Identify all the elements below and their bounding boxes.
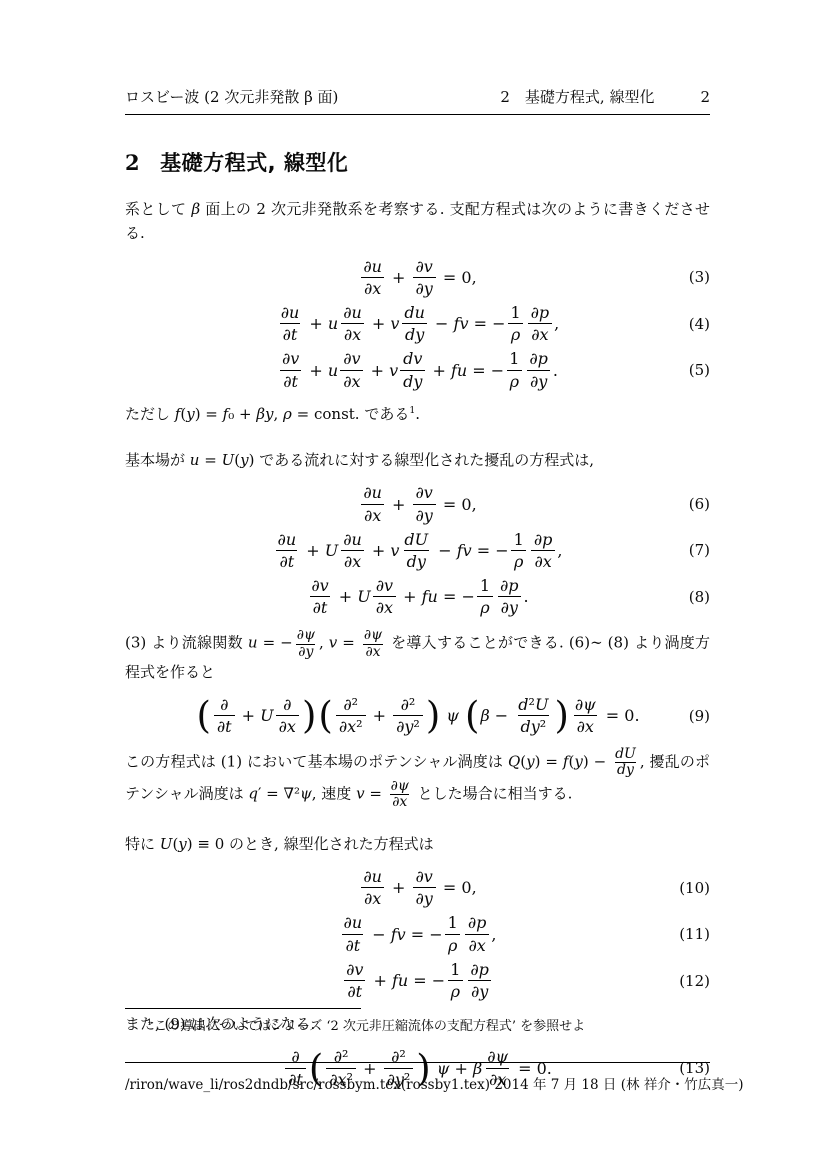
- math-run: = 0.: [601, 706, 640, 725]
- fraction: 1ρ: [477, 575, 493, 618]
- fraction-denominator: ∂t: [280, 323, 301, 345]
- paragraph: 基本場が u = U(y) である流れに対する線型化された擾乱の方程式は,: [125, 448, 710, 472]
- fraction: ∂v∂x: [340, 348, 363, 391]
- equation: ∂u∂x + ∂v∂y = 0,: [358, 256, 476, 299]
- fraction-numerator: ∂ψ: [572, 694, 599, 715]
- math-run: , v =: [319, 634, 360, 652]
- equation: ∂u∂t + U∂u∂x + vdUdy − fv = −1ρ∂p∂x,: [273, 529, 563, 572]
- fraction-denominator: dy: [404, 550, 429, 572]
- math-run: ψ: [441, 706, 464, 725]
- math-run: q′ = ∇²ψ,: [248, 784, 316, 802]
- math-run: + u: [304, 314, 338, 333]
- text-run: この方程式は (1) において基本場のポテンシャル渦度は: [125, 753, 508, 771]
- fraction-numerator: ∂u: [360, 256, 385, 277]
- math-run: − fv = −: [433, 541, 509, 560]
- text-run: (3) より流線関数: [125, 634, 248, 652]
- fraction: ∂p∂x: [465, 912, 490, 955]
- fraction-denominator: ∂y: [413, 277, 436, 299]
- math-run: + U: [334, 587, 371, 606]
- fraction-denominator: dy: [400, 370, 425, 392]
- text-run: 特に: [125, 835, 160, 853]
- fraction-denominator: ∂x: [574, 715, 597, 737]
- fraction-numerator: ∂u: [360, 866, 385, 887]
- equation-number: (4): [689, 315, 710, 333]
- header-page-number: 2: [700, 88, 710, 106]
- fraction-numerator: ∂p: [528, 302, 553, 323]
- fraction: ∂u∂t: [341, 912, 366, 955]
- math-run: + fu = −: [398, 587, 475, 606]
- fraction: ∂u∂x: [360, 256, 385, 299]
- math-run: β: [191, 200, 200, 218]
- section-number: 2: [125, 150, 140, 175]
- text-run: 基本場が: [125, 451, 190, 469]
- paragraph: (3) より流線関数 u = −∂ψ∂y, v = ∂ψ∂x を導入することがで…: [125, 628, 710, 684]
- fraction: ∂ψ∂x: [572, 694, 599, 737]
- fraction-numerator: ∂v: [308, 575, 331, 596]
- fraction-numerator: du: [401, 302, 428, 323]
- fraction: ∂u∂x: [340, 529, 365, 572]
- fraction-numerator: dU: [401, 529, 431, 550]
- fraction-denominator: ρ: [448, 980, 463, 1002]
- fraction-numerator: ∂v: [373, 575, 396, 596]
- equation-row: ∂v∂t + U∂v∂x + fu = −1ρ∂p∂y.(8): [125, 575, 710, 618]
- fraction-numerator: ∂v: [340, 348, 363, 369]
- math-run: + u: [304, 361, 338, 380]
- fraction-numerator: 1: [511, 529, 527, 550]
- fraction: ∂∂t: [214, 694, 235, 737]
- equation-row: ∂u∂t + U∂u∂x + vdUdy − fv = −1ρ∂p∂x,(7): [125, 529, 710, 572]
- fraction: ∂v∂y: [413, 482, 436, 525]
- math-run: + v: [366, 361, 399, 380]
- paren: (: [318, 697, 332, 734]
- fraction-numerator: d²U: [515, 694, 551, 715]
- fraction: ∂u∂t: [275, 529, 300, 572]
- fraction: ∂²∂y²: [393, 694, 423, 737]
- fraction-numerator: dU: [613, 747, 638, 762]
- fraction: 1ρ: [507, 302, 523, 345]
- footnote-text: この導出についてはシリーズ ‘2 次元非圧縮流体の支配方程式’ を参照せよ: [154, 1019, 585, 1034]
- math-run: − fv = −: [430, 314, 506, 333]
- fraction-numerator: ∂u: [360, 482, 385, 503]
- fraction-denominator: ∂x: [340, 370, 363, 392]
- page: ロスビー波 (2 次元非発散 β 面) 2 基礎方程式, 線型化 2 2基礎方程…: [0, 0, 826, 1169]
- math-run: ,: [557, 541, 562, 560]
- fraction-denominator: ∂t: [214, 715, 235, 737]
- fraction-numerator: dv: [400, 348, 425, 369]
- fraction: ∂u∂x: [340, 302, 365, 345]
- fraction: ∂ψ∂x: [362, 628, 384, 659]
- fraction-numerator: 1: [477, 575, 493, 596]
- fraction-denominator: ∂x: [363, 644, 382, 660]
- math-run: f(y) = f₀ + βy, ρ =: [175, 405, 314, 423]
- math-run: u = −: [248, 634, 293, 652]
- equation-number: (10): [679, 879, 710, 897]
- fraction-denominator: ∂t: [276, 550, 297, 572]
- fraction: ∂v∂t: [343, 959, 366, 1002]
- fraction-numerator: ∂: [280, 694, 294, 715]
- paragraph: 特に U(y) ≡ 0 のとき, 線型化された方程式は: [125, 832, 710, 856]
- fraction: ∂ψ∂y: [295, 628, 317, 659]
- fraction-denominator: ∂x: [361, 887, 384, 909]
- fraction-numerator: ∂v: [343, 959, 366, 980]
- equation-number: (12): [679, 972, 710, 990]
- math-run: = 0,: [438, 495, 477, 514]
- fraction: ∂u∂t: [278, 302, 303, 345]
- math-run: + fu = −: [368, 971, 445, 990]
- equation: ∂u∂t + u∂u∂x + vdudy − fv = −1ρ∂p∂x,: [276, 302, 560, 345]
- math-run: ,: [554, 314, 559, 333]
- fraction-denominator: ρ: [445, 934, 460, 956]
- equation-number: (8): [689, 588, 710, 606]
- text-run: である: [360, 405, 410, 423]
- math-run: ,: [491, 925, 496, 944]
- fraction-denominator: ρ: [477, 596, 492, 618]
- fraction-denominator: ∂y: [296, 644, 315, 660]
- text-run: .: [415, 405, 420, 423]
- fraction: ∂u∂x: [360, 482, 385, 525]
- fraction-numerator: ∂u: [278, 302, 303, 323]
- fraction-denominator: ρ: [511, 550, 526, 572]
- footnote-rule: [125, 1008, 361, 1009]
- fraction-denominator: ∂t: [342, 934, 363, 956]
- fraction: ∂p∂y: [497, 575, 522, 618]
- fraction: 1ρ: [506, 348, 522, 391]
- fraction: ∂p∂y: [467, 959, 492, 1002]
- fraction: ∂v∂y: [413, 256, 436, 299]
- fraction: ∂v∂x: [373, 575, 396, 618]
- fraction-denominator: ∂x: [276, 715, 299, 737]
- equation-number: (7): [689, 541, 710, 559]
- math-run: − fv = −: [367, 925, 443, 944]
- fraction: ∂v∂t: [308, 575, 331, 618]
- fraction-numerator: ∂: [217, 694, 231, 715]
- fraction-numerator: ∂ψ: [295, 628, 317, 643]
- header-section-title: 2 基礎方程式, 線型化: [500, 86, 654, 107]
- paren: ): [426, 697, 440, 734]
- header-running-title: ロスビー波 (2 次元非発散 β 面): [125, 86, 338, 107]
- fraction-numerator: ∂p: [531, 529, 556, 550]
- fraction-denominator: ∂x: [341, 550, 364, 572]
- fraction-numerator: ∂p: [465, 912, 490, 933]
- math-run: .: [524, 587, 529, 606]
- fraction-denominator: ∂x: [531, 550, 554, 572]
- page-footer: /riron/wave_li/ros2dndb/src/rossbym.tex(…: [125, 1062, 710, 1093]
- math-run: + U: [237, 706, 274, 725]
- math-run: + v: [367, 541, 400, 560]
- equation-row: ∂u∂x + ∂v∂y = 0,(3): [125, 256, 710, 299]
- fraction-denominator: ∂x: [361, 504, 384, 526]
- math-run: = 0,: [438, 878, 477, 897]
- math-run: .: [553, 361, 558, 380]
- fraction-numerator: 1: [507, 302, 523, 323]
- section-title: 基礎方程式, 線型化: [160, 151, 348, 175]
- footnote: 1この導出についてはシリーズ ‘2 次元非圧縮流体の支配方程式’ を参照せよ: [125, 1008, 710, 1034]
- fraction: d²Udy²: [515, 694, 551, 737]
- fraction: ∂v∂t: [279, 348, 302, 391]
- fraction-denominator: ∂x: [390, 794, 409, 810]
- fraction-denominator: ∂x: [361, 277, 384, 299]
- fraction-denominator: ∂t: [344, 980, 365, 1002]
- fraction-numerator: ∂u: [340, 529, 365, 550]
- equation: ∂v∂t + U∂v∂x + fu = −1ρ∂p∂y.: [306, 575, 528, 618]
- equation-number: (9): [689, 707, 710, 725]
- math-run: +: [387, 268, 411, 287]
- equation-row: ∂v∂t + u∂v∂x + vdvdy + fu = −1ρ∂p∂y.(5): [125, 348, 710, 391]
- fraction: ∂u∂x: [360, 866, 385, 909]
- paragraph: ただし f(y) = f₀ + βy, ρ = const. である1.: [125, 402, 710, 426]
- fraction-denominator: dy: [402, 323, 427, 345]
- fraction: ∂p∂x: [531, 529, 556, 572]
- equation: (∂∂t + U∂∂x)(∂²∂x² + ∂²∂y²) ψ (β − d²Udy…: [195, 694, 639, 737]
- text-run: 速度: [317, 784, 357, 802]
- math-run: +: [387, 495, 411, 514]
- fraction-numerator: 1: [447, 959, 463, 980]
- equation: ∂u∂x + ∂v∂y = 0,: [358, 866, 476, 909]
- fraction-denominator: ∂x: [528, 323, 551, 345]
- fraction-numerator: ∂p: [497, 575, 522, 596]
- paragraph: この方程式は (1) において基本場のポテンシャル渦度は Q(y) = f(y)…: [125, 747, 710, 809]
- header-right: 2 基礎方程式, 線型化 2: [500, 86, 710, 107]
- fraction-denominator: dy²: [518, 715, 550, 737]
- math-run: + fu = −: [427, 361, 504, 380]
- fraction-numerator: ∂v: [413, 866, 436, 887]
- fraction: dudy: [401, 302, 428, 345]
- paren: ): [554, 697, 568, 734]
- equation: ∂v∂t + fu = −1ρ∂p∂y: [341, 959, 494, 1002]
- math-run: β −: [480, 706, 513, 725]
- fraction: ∂ψ∂x: [389, 779, 411, 810]
- fraction-numerator: ∂u: [275, 529, 300, 550]
- equation-row: ∂u∂x + ∂v∂y = 0,(10): [125, 866, 710, 909]
- paren: (: [196, 697, 210, 734]
- paragraph: 系として β 面上の 2 次元非発散系を考察する. 支配方程式は次のように書きく…: [125, 197, 710, 246]
- fraction-denominator: ∂y: [468, 980, 491, 1002]
- section-heading: 2基礎方程式, 線型化: [125, 147, 710, 177]
- fraction-numerator: ∂²: [340, 694, 361, 715]
- fraction-numerator: ∂²: [398, 694, 419, 715]
- footnote-body: 1この導出についてはシリーズ ‘2 次元非圧縮流体の支配方程式’ を参照せよ: [125, 1015, 710, 1034]
- text-run: ただし: [125, 405, 175, 423]
- footnote-marker: 1: [147, 1018, 152, 1027]
- fraction: ∂v∂y: [413, 866, 436, 909]
- fraction-denominator: ∂t: [280, 370, 301, 392]
- fraction: dvdy: [400, 348, 425, 391]
- footer-text: /riron/wave_li/ros2dndb/src/rossbym.tex(…: [125, 1077, 744, 1093]
- fraction-numerator: ∂ψ: [389, 779, 411, 794]
- fraction-numerator: 1: [445, 912, 461, 933]
- fraction-denominator: ∂t: [310, 596, 331, 618]
- math-run: Q(y) = f(y) −: [508, 753, 611, 771]
- math-run: + U: [301, 541, 338, 560]
- roman-run: const.: [314, 405, 360, 423]
- fraction-denominator: ∂y: [527, 370, 550, 392]
- fraction: dUdy: [613, 747, 638, 778]
- fraction-denominator: ρ: [507, 370, 522, 392]
- equation-number: (3): [689, 268, 710, 286]
- fraction-denominator: ∂y: [413, 887, 436, 909]
- paren: ): [302, 697, 316, 734]
- equation-row: ∂v∂t + fu = −1ρ∂p∂y(12): [125, 959, 710, 1002]
- fraction: 1ρ: [445, 912, 461, 955]
- text-run: である流れに対する線型化された擾乱の方程式は,: [254, 451, 594, 469]
- math-run: U(y) ≡ 0: [160, 835, 225, 853]
- equation: ∂v∂t + u∂v∂x + vdvdy + fu = −1ρ∂p∂y.: [277, 348, 558, 391]
- fraction-denominator: ∂x: [373, 596, 396, 618]
- equation-row: ∂u∂t − fv = −1ρ∂p∂x,(11): [125, 912, 710, 955]
- equation-number: (6): [689, 495, 710, 513]
- fraction: ∂p∂y: [526, 348, 551, 391]
- text-run: とした場合に相当する.: [413, 784, 573, 802]
- fraction-numerator: ∂p: [526, 348, 551, 369]
- fraction-numerator: ∂v: [413, 256, 436, 277]
- fraction-numerator: 1: [506, 348, 522, 369]
- equation-row: (∂∂t + U∂∂x)(∂²∂x² + ∂²∂y²) ψ (β − d²Udy…: [125, 694, 710, 737]
- fraction: 1ρ: [511, 529, 527, 572]
- fraction: 1ρ: [447, 959, 463, 1002]
- equation: ∂u∂x + ∂v∂y = 0,: [358, 482, 476, 525]
- equation: ∂u∂t − fv = −1ρ∂p∂x,: [339, 912, 497, 955]
- fraction-denominator: dy: [615, 762, 636, 778]
- text-run: 面上の 2 次元非発散系を考察する. 支配方程式は次のように書きくださせる.: [125, 200, 710, 242]
- paren: (: [465, 697, 479, 734]
- fraction-numerator: ∂v: [279, 348, 302, 369]
- math-run: + v: [367, 314, 400, 333]
- fraction-denominator: ∂x²: [336, 715, 366, 737]
- fraction-denominator: ρ: [508, 323, 523, 345]
- fraction-denominator: ∂x: [465, 934, 488, 956]
- math-run: u = U(y): [190, 451, 255, 469]
- fraction-numerator: ∂p: [467, 959, 492, 980]
- fraction-numerator: ∂u: [341, 912, 366, 933]
- text-run: のとき, 線型化された方程式は: [224, 835, 433, 853]
- fraction-denominator: ∂y: [413, 504, 436, 526]
- math-run: +: [387, 878, 411, 897]
- fraction: ∂²∂x²: [336, 694, 366, 737]
- fraction-numerator: ∂v: [413, 482, 436, 503]
- text-run: 系として: [125, 200, 191, 218]
- math-run: +: [368, 706, 392, 725]
- fraction-denominator: ∂y: [498, 596, 521, 618]
- fraction: ∂∂x: [276, 694, 299, 737]
- fraction: ∂p∂x: [528, 302, 553, 345]
- fraction-numerator: ∂ψ: [362, 628, 384, 643]
- math-run: = 0,: [438, 268, 477, 287]
- equation-row: ∂u∂x + ∂v∂y = 0,(6): [125, 482, 710, 525]
- math-run: v =: [356, 784, 387, 802]
- fraction-numerator: ∂u: [340, 302, 365, 323]
- equation-row: ∂u∂t + u∂u∂x + vdudy − fv = −1ρ∂p∂x,(4): [125, 302, 710, 345]
- fraction: dUdy: [401, 529, 431, 572]
- equation-number: (5): [689, 361, 710, 379]
- equation-number: (11): [679, 925, 710, 943]
- page-header: ロスビー波 (2 次元非発散 β 面) 2 基礎方程式, 線型化 2: [125, 86, 710, 115]
- document-body: 系として β 面上の 2 次元非発散系を考察する. 支配方程式は次のように書きく…: [125, 197, 710, 1090]
- fraction-denominator: ∂x: [341, 323, 364, 345]
- fraction-denominator: ∂y²: [393, 715, 423, 737]
